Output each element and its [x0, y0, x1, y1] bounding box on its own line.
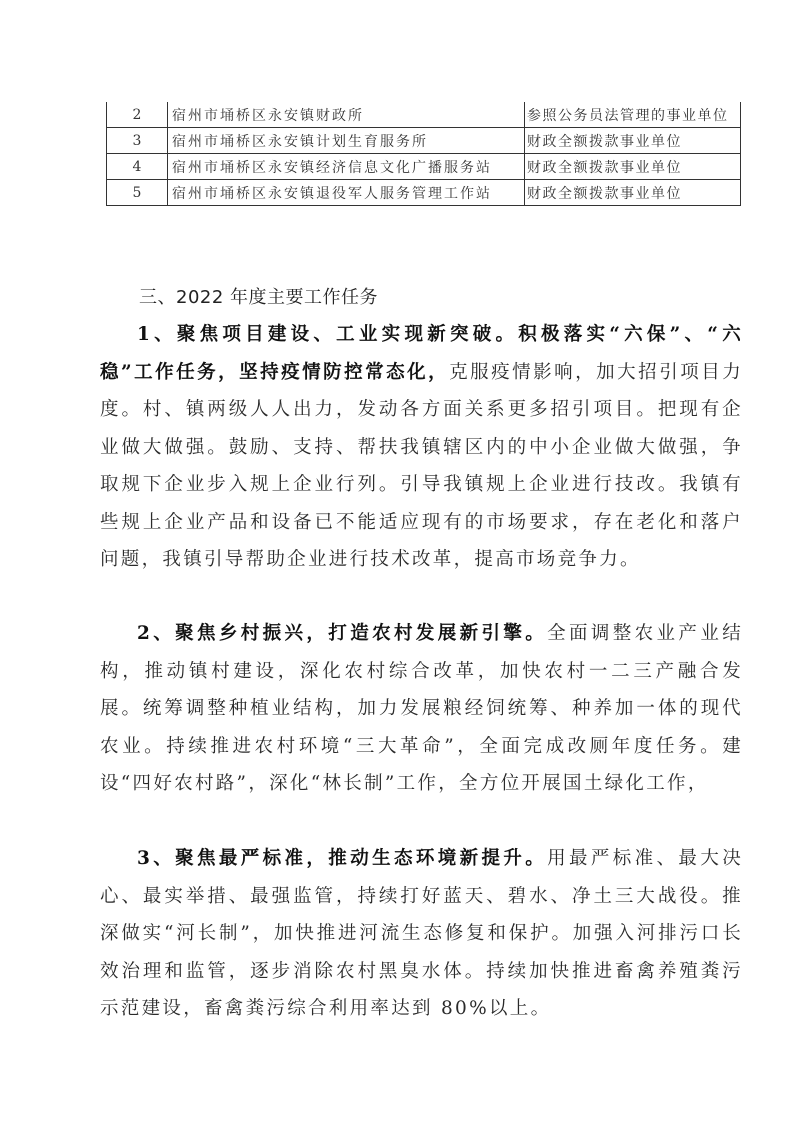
row-number: 2: [107, 102, 168, 128]
task-body-3: 用最严标准、最大决心、最实举措、最强监管，持续打好蓝天、碧水、净土三大战役。推深…: [100, 848, 743, 1019]
task-paragraph-1: 1、聚焦项目建设、工业实现新突破。积极落实“六保”、“六稳”工作任务，坚持疫情防…: [100, 316, 743, 579]
table-row: 3 宿州市埇桥区永安镇计划生育服务所 财政全额拨款事业单位: [107, 128, 741, 154]
unit-name: 宿州市埇桥区永安镇退役军人服务管理工作站: [168, 180, 525, 206]
unit-type: 参照公务员法管理的事业单位: [525, 102, 741, 128]
unit-name: 宿州市埇桥区永安镇计划生育服务所: [168, 128, 525, 154]
row-number: 4: [107, 154, 168, 180]
task-body-2: 全面调整农业产业结构，推动镇村建设，深化农村综合改革，加快农村一二三产融合发展。…: [100, 623, 743, 794]
unit-name: 宿州市埇桥区永安镇财政所: [168, 102, 525, 128]
unit-type: 财政全额拨款事业单位: [525, 154, 741, 180]
unit-type: 财政全额拨款事业单位: [525, 128, 741, 154]
row-number: 5: [107, 180, 168, 206]
task-body-1: 克服疫情影响，加大招引项目力度。村、镇两级人人出力，发动各方面关系更多招引项目。…: [100, 362, 743, 571]
units-table: 2 宿州市埇桥区永安镇财政所 参照公务员法管理的事业单位 3 宿州市埇桥区永安镇…: [106, 102, 741, 206]
task-paragraph-2: 2、聚焦乡村振兴，打造农村发展新引擎。全面调整农业产业结构，推动镇村建设，深化农…: [100, 615, 743, 803]
task-paragraph-3: 3、聚焦最严标准，推动生态环境新提升。用最严标准、最大决心、最实举措、最强监管，…: [100, 840, 743, 1028]
table-row: 5 宿州市埇桥区永安镇退役军人服务管理工作站 财政全额拨款事业单位: [107, 180, 741, 206]
table-row: 4 宿州市埇桥区永安镇经济信息文化广播服务站 财政全额拨款事业单位: [107, 154, 741, 180]
row-number: 3: [107, 128, 168, 154]
section-heading: 三、2022 年度主要工作任务: [139, 283, 378, 309]
unit-type: 财政全额拨款事业单位: [525, 180, 741, 206]
task-title-3: 3、聚焦最严标准，推动生态环境新提升。: [137, 848, 547, 869]
table-row: 2 宿州市埇桥区永安镇财政所 参照公务员法管理的事业单位: [107, 102, 741, 128]
unit-name: 宿州市埇桥区永安镇经济信息文化广播服务站: [168, 154, 525, 180]
task-title-2: 2、聚焦乡村振兴，打造农村发展新引擎。: [137, 623, 547, 644]
